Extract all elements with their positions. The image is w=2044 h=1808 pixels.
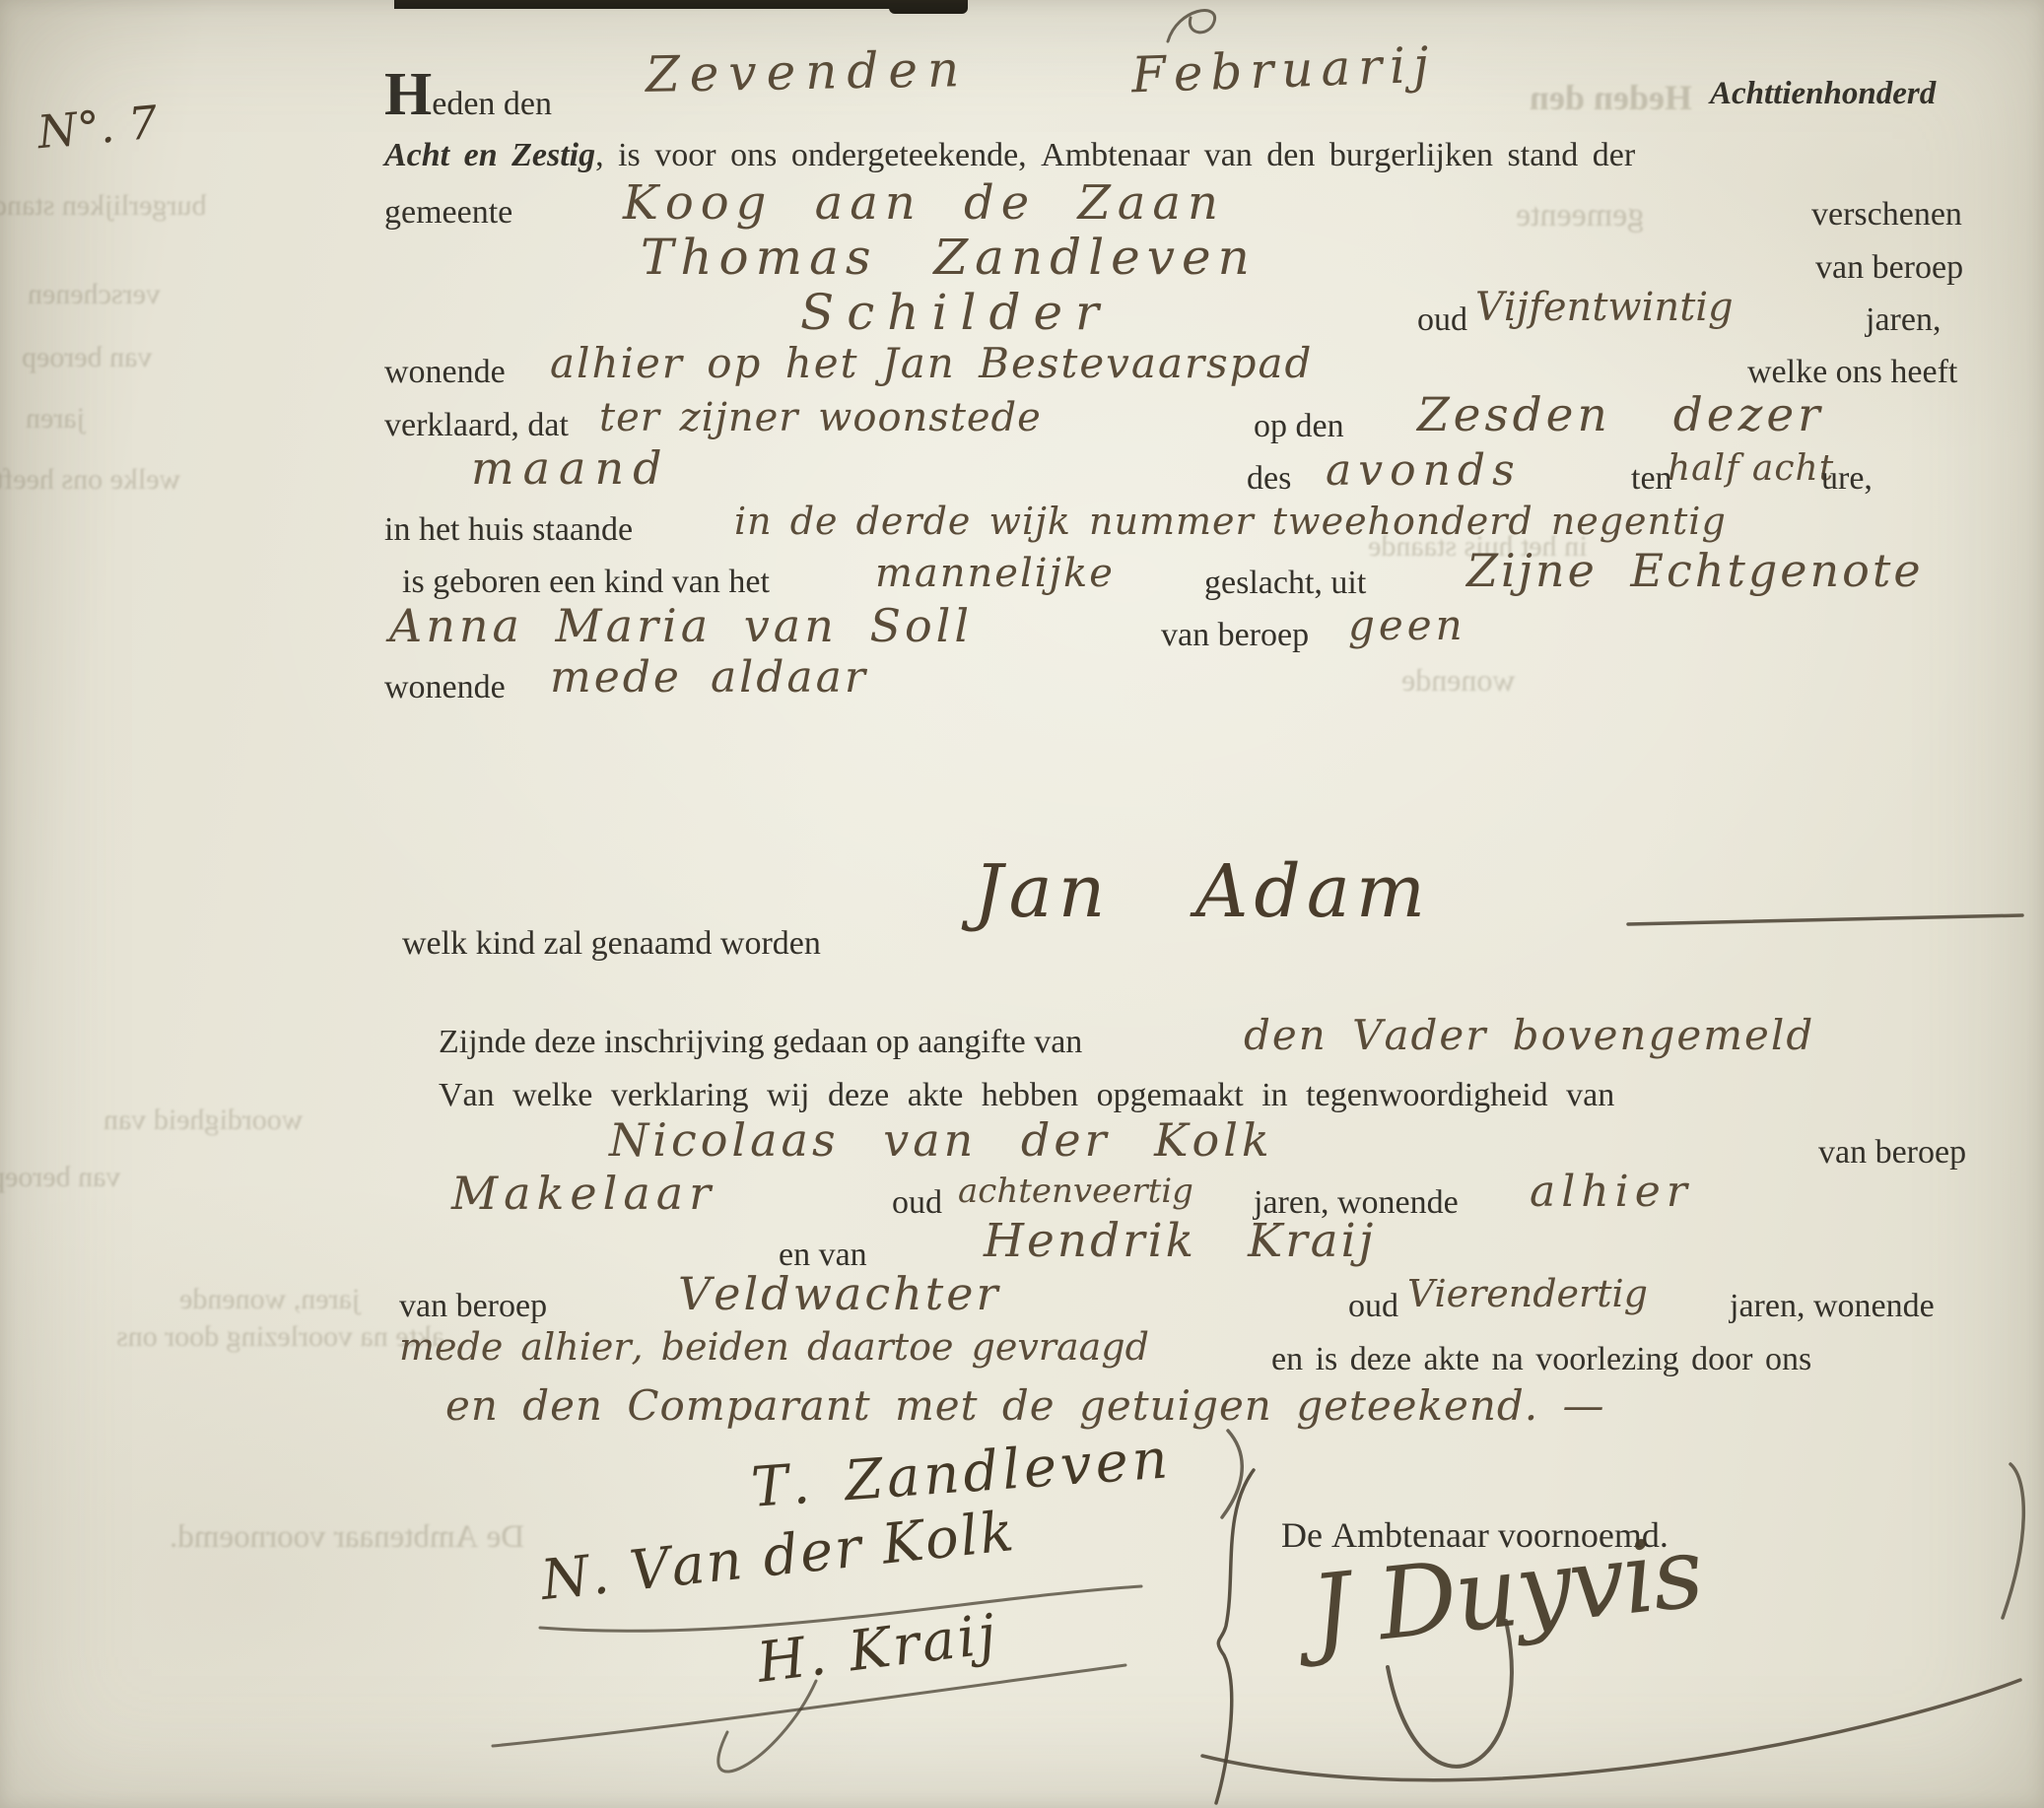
bleedthrough-text: van beroep [0, 1161, 120, 1194]
hw-birth-time: half acht [1668, 451, 1834, 487]
bleedthrough-text: wonende [1401, 662, 1516, 699]
printed-ure: ure, [1821, 461, 1873, 497]
printed-naming-label: welk kind zal genaamd worden [402, 926, 821, 962]
hw-date-month: Februarij [1130, 40, 1437, 100]
printed-in-het-huis: in het huis staande [384, 512, 633, 548]
bleedthrough-text: akte na voorlezing door ons [116, 1320, 444, 1354]
bleedthrough-text: gemeente [1516, 197, 1644, 234]
printed-jaren-wonende-2: jaren, wonende [1730, 1289, 1935, 1324]
printed-oud-1: oud [1417, 302, 1467, 338]
hw-witness2-age: Vierendertig [1407, 1275, 1648, 1312]
hw-mother-name: Anna Maria van Soll [389, 603, 973, 648]
hw-day-part: avonds [1326, 449, 1522, 493]
printed-geslacht-uit: geslacht, uit [1204, 566, 1366, 601]
hw-declarant-occupation: Schilder [800, 288, 1112, 337]
act-number: N°. 7 [35, 100, 159, 155]
hw-witness2-occupation: Veldwachter [678, 1271, 1001, 1316]
officer-signature-tail [2003, 1464, 2023, 1618]
printed-closing: en is deze akte na voorlezing door ons [1271, 1342, 1811, 1377]
hw-declarant-age: Vijfentwintig [1475, 288, 1734, 327]
bleedthrough-text: van beroep [22, 341, 152, 374]
signature-declarant: T. Zandleven [750, 1432, 1174, 1516]
printed-wonende-1: wonende [384, 355, 506, 390]
hw-child-name: Jan Adam [974, 855, 1431, 928]
hw-aangifte-by: den Vader bovengemeld [1244, 1015, 1814, 1056]
hw-gender: mannelijke [875, 554, 1115, 593]
printed-gemeente-label: gemeente [384, 195, 512, 231]
printed-van-beroep-2: van beroep [1161, 618, 1309, 653]
hw-closing-2: en den Comparant met de getuigen geteeke… [445, 1385, 1604, 1427]
printed-oud-2: oud [892, 1185, 942, 1221]
hw-mother-occupation: geen [1348, 605, 1466, 646]
hw-witness1-name: Nicolaas van der Kolk [609, 1117, 1273, 1163]
hw-closing-1: mede alhier, beiden daartoe gevraagd [399, 1328, 1149, 1366]
hw-witness1-occupation: Makelaar [451, 1171, 716, 1216]
hw-house-location: in de derde wijk nummer tweehonderd nege… [734, 502, 1727, 540]
printed-line2: Acht en Zestig, is voor ons ondergeteeke… [384, 138, 1635, 173]
hw-witness1-age: achtenveertig [958, 1174, 1193, 1208]
hw-date-day: Zevenden [646, 44, 970, 100]
printed-year-bold: Acht en Zestig [384, 137, 595, 173]
birth-certificate-page: burgerlijken stand verschenen van beroep… [0, 0, 2044, 1808]
printed-van-beroep-3: van beroep [1818, 1135, 1966, 1171]
printed-welke-ons-heeft: welke ons heeft [1747, 355, 1957, 390]
bleedthrough-text: verschenen [28, 278, 161, 311]
hw-declarant-name: Thomas Zandleven [641, 233, 1257, 282]
printed-verklaring-line: Van welke verklaring wij deze akte hebbe… [439, 1078, 1614, 1113]
printed-des: des [1247, 461, 1291, 497]
flourish-above-month [1168, 11, 1215, 41]
hw-gemeente-value: Koog aan de Zaan [623, 179, 1225, 227]
printed-verklaard-dat: verklaard, dat [384, 408, 569, 443]
bleedthrough-text: jaren [26, 402, 85, 435]
printed-jaren-1: jaren, [1866, 302, 1941, 338]
hw-witness1-residence: alhier [1530, 1171, 1693, 1214]
signature-witness1: N. Van der Kolk [538, 1505, 1017, 1609]
printed-wonende-2: wonende [384, 670, 506, 705]
bleedthrough-text: De Ambtenaar voornoemd. [170, 1519, 524, 1556]
printed-verschenen: verschenen [1811, 197, 1962, 233]
printed-van-beroep-4: van beroep [399, 1289, 547, 1324]
signature-witness2: H. Kraij [755, 1607, 1002, 1692]
hw-birth-day: Zesden dezer [1417, 392, 1824, 438]
scan-edge-artifact [394, 0, 966, 9]
bleedthrough-text: welke ons heeft [0, 463, 180, 497]
declarant-signature-flourish [1222, 1431, 1242, 1517]
printed-op-den: op den [1254, 409, 1344, 444]
printed-oud-3: oud [1348, 1289, 1398, 1324]
bleedthrough-text: Heden den [1530, 77, 1692, 118]
printed-van-beroep-1: van beroep [1815, 250, 1963, 286]
signature-group-brace [1216, 1470, 1254, 1803]
printed-aangifte-line: Zijnde deze inschrijving gedaan op aangi… [439, 1025, 1082, 1060]
officer-signature-underline [1202, 1680, 2020, 1780]
bleedthrough-text: jaren, wonende [179, 1283, 360, 1316]
hw-birth-place-phrase: ter zijner woonstede [599, 398, 1042, 437]
hw-maand: maand [471, 445, 671, 491]
printed-is-geboren: is geboren een kind van het [402, 565, 770, 600]
hw-witness2-name: Hendrik Kraij [984, 1218, 1376, 1264]
hw-mother-relation: Zijne Echtgenote [1466, 548, 1924, 593]
printed-year: Achttienhonderd [1710, 77, 1936, 111]
hw-mother-residence: mede aldaar [550, 656, 868, 700]
bleedthrough-text: burgerlijken stand [0, 189, 206, 223]
hw-declarant-address: alhier op het Jan Bestevaarspad [550, 343, 1313, 384]
printed-line2-rest: , is voor ons ondergeteekende, Ambtenaar… [595, 137, 1635, 173]
child-name-filler-line [1628, 915, 2022, 924]
bleedthrough-text: woordigheid van [103, 1104, 303, 1137]
printed-heden-den: Heden den [384, 63, 552, 127]
scan-edge-artifact-blob [889, 0, 968, 14]
printed-ten: ten [1631, 461, 1672, 497]
